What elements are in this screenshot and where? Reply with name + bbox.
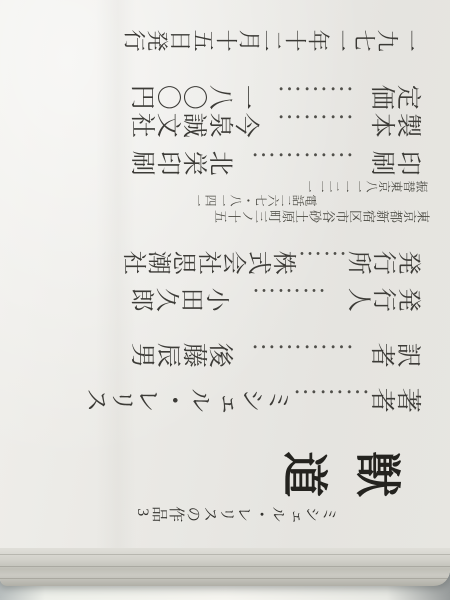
publisher-person-label: 発行人 <box>347 283 422 308</box>
publishing-house-value: 株式会社思潮社 <box>122 246 297 271</box>
publication-date-line: 一九七一年十二月十五日発行 <box>123 28 422 51</box>
leader-dots: ……… <box>251 283 326 308</box>
leader-dots: ……… <box>276 81 354 107</box>
leader-dots: ………… <box>250 147 354 173</box>
photo-of-book-colophon: { "colophon": { "series": "ミシェル・レリスの作品3"… <box>0 0 450 600</box>
book-page-stack-edge <box>0 548 450 586</box>
series-label: ミシェル・レリスの作品3 <box>133 503 338 520</box>
binder-row: 製本 ……… 今泉誠文社 <box>130 109 422 135</box>
price-label: 定価 <box>370 81 422 107</box>
leader-dots: ………… <box>250 339 354 365</box>
author-row: 著者 ……… ミシェル・レリス <box>130 384 422 410</box>
publisher-person-row: 発行人 ……… 小田久郎 <box>130 283 422 308</box>
postal-transfer-account: 振替東京八一一二一一 <box>303 180 428 192</box>
translator-row: 訳者 ………… 後藤辰男 <box>130 339 422 365</box>
publisher-address: 東京都新宿区市谷砂土原町三ノ十五 <box>214 209 430 222</box>
publisher-phone: 電話二六七・八一四一 <box>192 194 317 206</box>
translator-value: 後藤辰男 <box>130 339 234 365</box>
author-value: ミシェル・レリス <box>84 384 292 410</box>
colophon-text-block: ミシェル・レリスの作品3 獣道 著者 ……… ミシェル・レリス 訳者 ………… … <box>0 0 450 600</box>
printer-value: 北栄印刷 <box>130 147 234 173</box>
printer-label: 印刷 <box>370 147 422 173</box>
leader-dots: …… <box>297 246 347 271</box>
publishing-house-label: 発行所 <box>347 246 422 271</box>
publishing-house-row: 発行所 …… 株式会社思潮社 <box>130 246 422 271</box>
leader-dots: ……… <box>292 384 370 410</box>
author-label: 著者 <box>370 384 422 410</box>
printer-row: 印刷 ………… 北栄印刷 <box>130 147 422 173</box>
binder-value: 今泉誠文社 <box>130 109 260 135</box>
binder-label: 製本 <box>370 109 422 135</box>
publisher-person-value: 小田久郎 <box>130 283 230 308</box>
translator-label: 訳者 <box>370 339 422 365</box>
price-row: 定価 ……… 一八〇〇円 <box>130 81 422 107</box>
book-title: 獣道 <box>256 446 402 494</box>
price-value: 一八〇〇円 <box>130 81 260 107</box>
leader-dots: ……… <box>276 109 354 135</box>
